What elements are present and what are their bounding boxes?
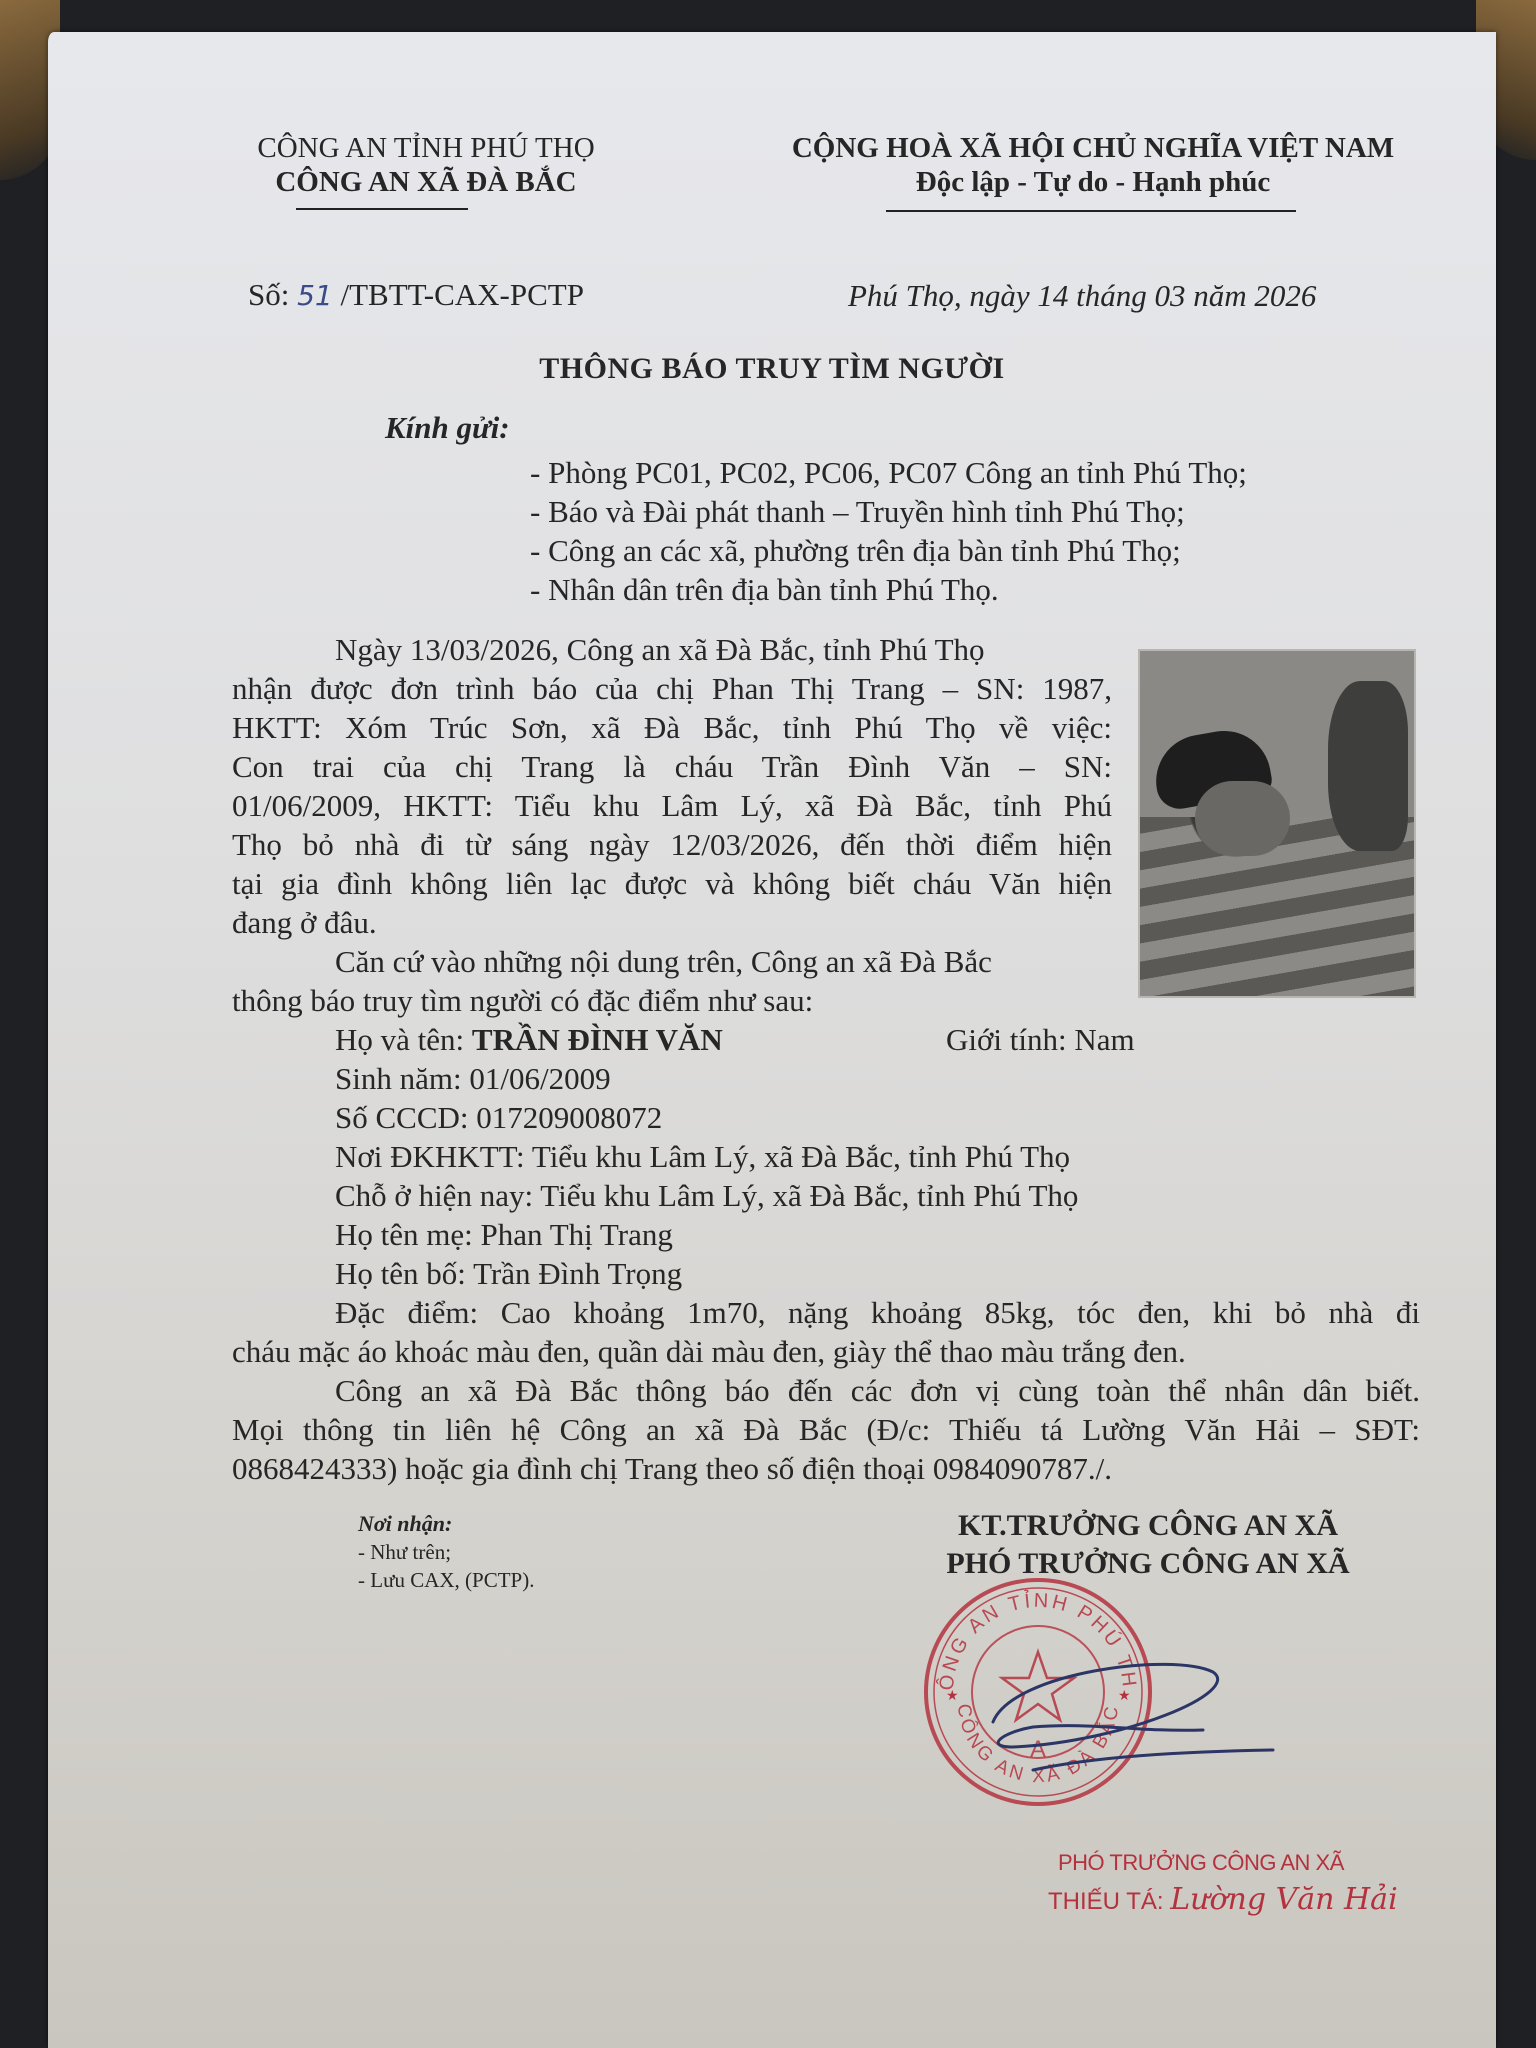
body-line: nhận được đơn trình báo của chị Phan Thị… xyxy=(232,671,1112,707)
motto-underline xyxy=(886,210,1296,212)
doc-number-handwritten: 51 xyxy=(297,279,333,312)
body-line: thông báo truy tìm người có đặc điểm như… xyxy=(232,983,813,1019)
recipients-label: Nơi nhận: xyxy=(358,1511,452,1537)
field-father-value: Trần Đình Trọng xyxy=(473,1256,682,1291)
doc-number-suffix: /TBTT-CAX-PCTP xyxy=(341,277,584,312)
recipient-item: - Lưu CAX, (PCTP). xyxy=(358,1568,534,1593)
field-gender-value: Nam xyxy=(1074,1022,1134,1057)
body-line: 01/06/2009, HKTT: Tiểu khu Lâm Lý, xã Đà… xyxy=(232,788,1112,824)
body-line: Căn cứ vào những nội dung trên, Công an … xyxy=(335,944,992,980)
addressee-item: - Phòng PC01, PC02, PC06, PC07 Công an t… xyxy=(530,455,1247,491)
field-current-address: Chỗ ở hiện nay: Tiểu khu Lâm Lý, xã Đà B… xyxy=(335,1178,1078,1214)
photo-plant xyxy=(1328,681,1408,851)
field-registered-address: Nơi ĐKHKTT: Tiểu khu Lâm Lý, xã Đà Bắc, … xyxy=(335,1139,1070,1175)
field-registered-address-value: Tiểu khu Lâm Lý, xã Đà Bắc, tỉnh Phú Thọ xyxy=(532,1139,1070,1174)
svg-text:★: ★ xyxy=(946,1689,959,1704)
signer-rank: THIẾU TÁ: xyxy=(1048,1888,1164,1915)
addressee-item: - Nhân dân trên địa bàn tỉnh Phú Thọ. xyxy=(530,572,999,608)
agency-name: CÔNG AN XÃ ĐÀ BẮC xyxy=(216,166,636,199)
agency-underline xyxy=(296,208,468,210)
body-line: Con trai của chị Trang là cháu Trần Đình… xyxy=(232,749,1112,785)
document-number: Số: 51 /TBTT-CAX-PCTP xyxy=(248,277,584,313)
field-name-label: Họ và tên: xyxy=(335,1022,464,1057)
field-name-value: TRẦN ĐÌNH VĂN xyxy=(472,1022,723,1057)
field-father: Họ tên bố: Trần Đình Trọng xyxy=(335,1256,682,1292)
field-current-address-label: Chỗ ở hiện nay: xyxy=(335,1178,533,1213)
field-mother-value: Phan Thị Trang xyxy=(481,1217,673,1252)
recipient-item: - Như trên; xyxy=(358,1540,451,1565)
photo-face xyxy=(1195,781,1290,856)
field-mother: Họ tên mẹ: Phan Thị Trang xyxy=(335,1217,673,1253)
missing-person-photo xyxy=(1138,649,1416,998)
closing-line: Mọi thông tin liên hệ Công an xã Đà Bắc … xyxy=(232,1412,1420,1448)
field-id: Số CCCD: 017209008072 xyxy=(335,1100,662,1136)
agency-parent: CÔNG AN TỈNH PHÚ THỌ xyxy=(216,132,636,165)
field-registered-address-label: Nơi ĐKHKTT: xyxy=(335,1139,525,1174)
signer-title-1: KT.TRƯỞNG CÔNG AN XÃ xyxy=(878,1509,1418,1543)
closing-line: 0868424333) hoặc gia đình chị Trang theo… xyxy=(232,1451,1112,1487)
doc-number-prefix: Số: xyxy=(248,277,289,312)
addressees-label: Kính gửi: xyxy=(385,410,510,446)
field-gender-label: Giới tính: xyxy=(946,1022,1067,1057)
field-name: Họ và tên: TRẦN ĐÌNH VĂN xyxy=(335,1022,723,1058)
body-line: Thọ bỏ nhà đi từ sáng ngày 12/03/2026, đ… xyxy=(232,827,1112,863)
addressee-item: - Công an các xã, phường trên địa bàn tỉ… xyxy=(530,533,1181,569)
body-line: đang ở đâu. xyxy=(232,905,377,941)
handwritten-signature-icon xyxy=(973,1652,1303,1802)
addressee-item: - Báo và Đài phát thanh – Truyền hình tỉ… xyxy=(530,494,1185,530)
body-line: tại gia đình không liên lạc được và khôn… xyxy=(232,866,1112,902)
field-current-address-value: Tiểu khu Lâm Lý, xã Đà Bắc, tỉnh Phú Thọ xyxy=(540,1178,1078,1213)
document-page: CÔNG AN TỈNH PHÚ THỌ CÔNG AN XÃ ĐÀ BẮC C… xyxy=(48,32,1496,2048)
field-dob: Sinh năm: 01/06/2009 xyxy=(335,1061,611,1097)
field-gender: Giới tính: Nam xyxy=(946,1022,1135,1058)
field-mother-label: Họ tên mẹ: xyxy=(335,1217,473,1252)
field-id-label: Số CCCD: xyxy=(335,1100,469,1135)
field-father-label: Họ tên bố: xyxy=(335,1256,466,1291)
document-title: THÔNG BÁO TRUY TÌM NGƯỜI xyxy=(48,352,1496,386)
country-name: CỘNG HOÀ XÃ HỘI CHỦ NGHĨA VIỆT NAM xyxy=(768,132,1418,165)
place-date: Phú Thọ, ngày 14 tháng 03 năm 2026 xyxy=(848,278,1316,314)
field-id-value: 017209008072 xyxy=(476,1100,662,1135)
field-dob-value: 01/06/2009 xyxy=(469,1061,610,1096)
body-line: Ngày 13/03/2026, Công an xã Đà Bắc, tỉnh… xyxy=(335,632,985,668)
national-motto: Độc lập - Tự do - Hạnh phúc xyxy=(768,166,1418,199)
closing-line: Công an xã Đà Bắc thông báo đến các đơn … xyxy=(335,1373,1420,1409)
field-features-line: cháu mặc áo khoác màu đen, quần dài màu … xyxy=(232,1334,1186,1370)
body-line: HKTT: Xóm Trúc Sơn, xã Đà Bắc, tỉnh Phú … xyxy=(232,710,1112,746)
stamp-title: PHÓ TRƯỞNG CÔNG AN XÃ xyxy=(1058,1850,1344,1876)
signer-name-stamp: THIẾU TÁ: Lường Văn Hải xyxy=(1048,1882,1398,1917)
field-dob-label: Sinh năm: xyxy=(335,1061,462,1096)
signer-name: Lường Văn Hải xyxy=(1170,1882,1397,1917)
field-features-line: Đặc điểm: Cao khoảng 1m70, nặng khoảng 8… xyxy=(335,1295,1420,1331)
